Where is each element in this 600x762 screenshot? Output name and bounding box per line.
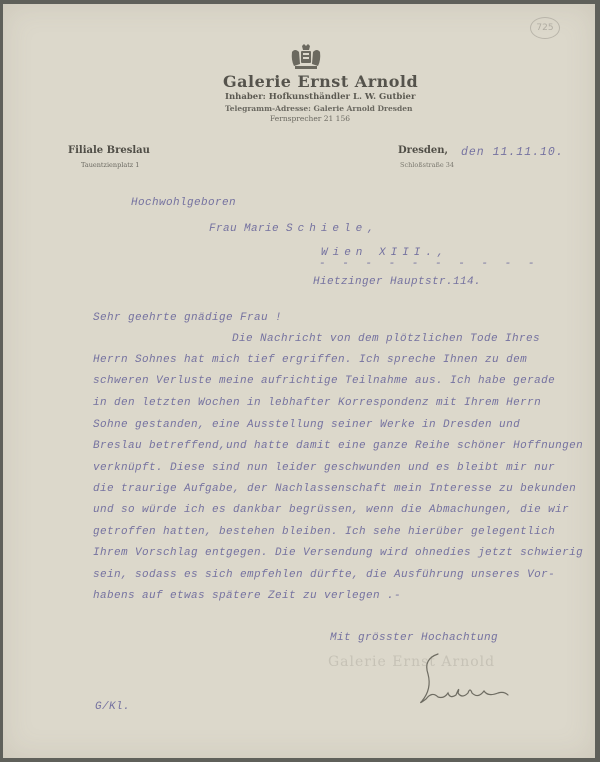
body-line: Die Nachricht von dem plötzlichen Tode I… xyxy=(232,333,540,345)
phone-number: Fernsprecher 21 156 xyxy=(270,114,350,123)
closing-phrase: Mit grösster Hochachtung xyxy=(330,632,498,644)
telegram-address: Telegramm-Adresse: Galerie Arnold Dresde… xyxy=(225,104,412,113)
branch-address: Tauentzienplatz 1 xyxy=(81,161,139,169)
letter-page: 725 Galerie Ernst Arnold Inhaber: Hofkun… xyxy=(3,4,595,758)
reference-initials: G/Kl. xyxy=(95,701,130,713)
body-line: und so würde ich es dankbar begrüssen, w… xyxy=(93,504,569,516)
body-line: habens auf etwas spätere Zeit zu verlege… xyxy=(93,590,401,602)
salutation: Sehr geehrte gnädige Frau ! xyxy=(93,312,282,324)
city-address: Schloßstraße 34 xyxy=(400,161,454,169)
owner-line: Inhaber: Hofkunsthändler L. W. Gutbier xyxy=(225,92,415,102)
recipient-name-prefix: Frau Marie xyxy=(209,223,279,235)
body-line: Ihrem Vorschlag entgegen. Die Versendung… xyxy=(93,547,583,559)
gallery-name: Galerie Ernst Arnold xyxy=(223,72,418,91)
recipient-city-underline: - - - - - - - - - - xyxy=(319,258,539,270)
recipient-street: Hietzinger Hauptstr.114. xyxy=(313,276,481,288)
coat-of-arms-icon xyxy=(289,44,323,72)
signature-icon xyxy=(408,649,518,709)
branch-name: Filiale Breslau xyxy=(68,145,150,156)
body-line: schweren Verluste meine aufrichtige Teil… xyxy=(93,375,555,387)
body-line: verknüpft. Diese sind nun leider geschwu… xyxy=(93,462,555,474)
body-line: getroffen hatten, bestehen bleiben. Ich … xyxy=(93,526,555,538)
city-name: Dresden, xyxy=(398,145,448,156)
body-line: Herrn Sohnes hat mich tief ergriffen. Ic… xyxy=(93,354,527,366)
body-line: in den letzten Wochen in lebhafter Korre… xyxy=(93,397,541,409)
body-line: die traurige Aufgabe, der Nachlassenscha… xyxy=(93,483,576,495)
archive-number: 725 xyxy=(530,17,560,39)
body-line: Sohne gestanden, eine Ausstellung seiner… xyxy=(93,419,520,431)
letter-date: den 11.11.10. xyxy=(461,146,564,159)
recipient-surname: Schiele, xyxy=(286,223,379,235)
body-line: sein, sodass es sich empfehlen dürfte, d… xyxy=(93,569,555,581)
recipient-name: Frau Marie Schiele, xyxy=(209,223,379,235)
body-line: Breslau betreffend,und hatte damit eine … xyxy=(93,440,583,452)
recipient-honorific: Hochwohlgeboren xyxy=(131,197,236,209)
